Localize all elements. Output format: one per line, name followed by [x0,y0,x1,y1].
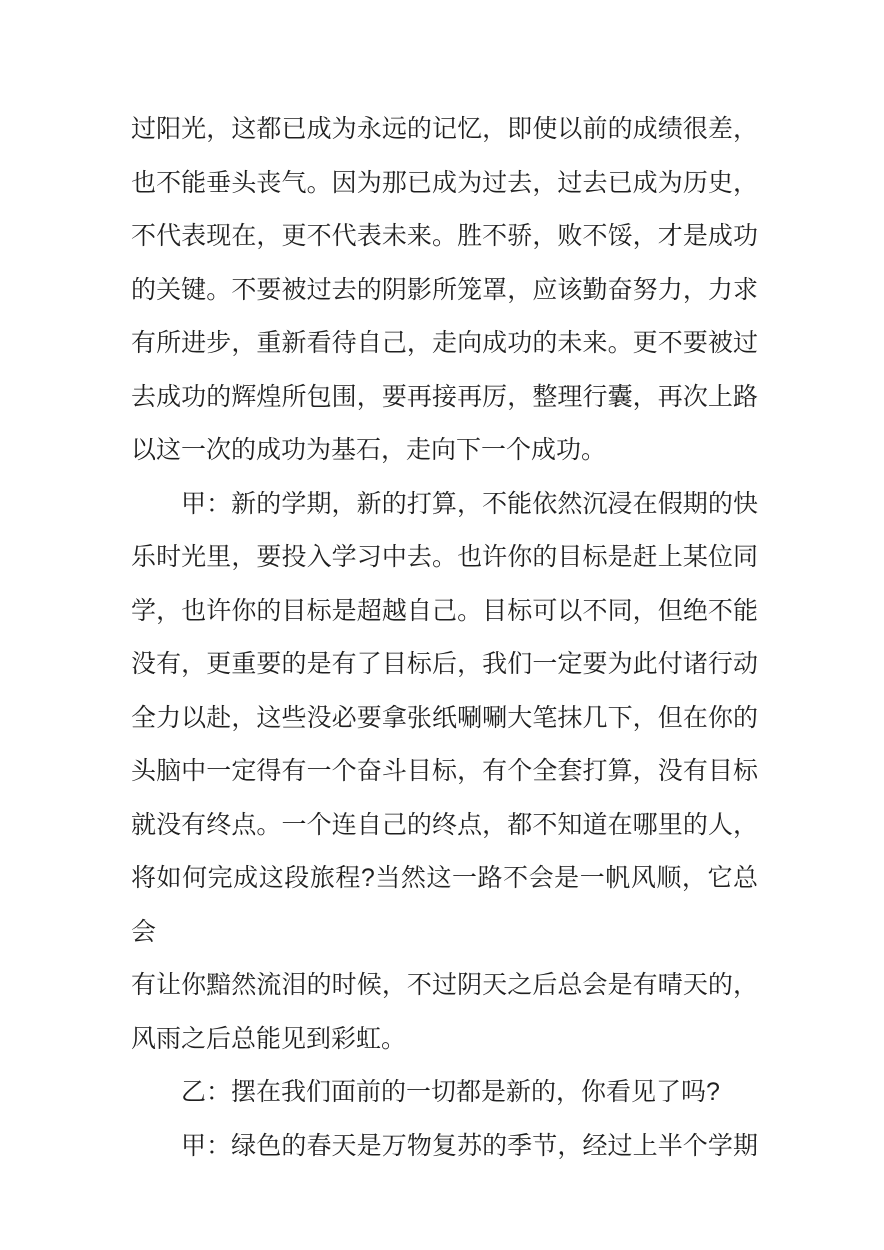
paragraph: 甲：绿色的春天是万物复苏的季节，经过上半个学期 [131,1120,758,1174]
paragraph: 过阳光，这都已成为永远的记忆，即使以前的成绩很差，也不能垂头丧气。因为那已成为过… [131,103,758,478]
text-line: 就没有终点。一个连自己的终点，都不知道在哪里的人， [131,799,758,853]
text-line: 风雨之后总能见到彩虹。 [131,1013,758,1067]
text-line: 有所进步，重新看待自己，走向成功的未来。更不要被过 [131,317,758,371]
text-line: 甲：绿色的春天是万物复苏的季节，经过上半个学期 [131,1120,758,1174]
document-text-body: 过阳光，这都已成为永远的记忆，即使以前的成绩很差，也不能垂头丧气。因为那已成为过… [0,0,884,1173]
text-line: 不代表现在，更不代表未来。胜不骄，败不馁，才是成功 [131,210,758,264]
text-line: 全力以赴，这些没必要拿张纸唰唰大笔抹几下，但在你的 [131,692,758,746]
text-line: 学，也许你的目标是超越自己。目标可以不同，但绝不能 [131,585,758,639]
paragraph: 乙：摆在我们面前的一切都是新的，你看见了吗? [131,1066,758,1120]
text-line: 的关键。不要被过去的阴影所笼罩，应该勤奋努力，力求 [131,264,758,318]
text-line: 将如何完成这段旅程?当然这一路不会是一帆风顺，它总会 [131,852,758,959]
text-line: 有让你黯然流泪的时候，不过阴天之后总会是有晴天的， [131,959,758,1013]
text-line: 没有，更重要的是有了目标后，我们一定要为此付诸行动 [131,638,758,692]
text-line: 过阳光，这都已成为永远的记忆，即使以前的成绩很差， [131,103,758,157]
paragraph: 甲：新的学期，新的打算，不能依然沉浸在假期的快乐时光里，要投入学习中去。也许你的… [131,478,758,1067]
text-line: 甲：新的学期，新的打算，不能依然沉浸在假期的快 [131,478,758,532]
text-line: 以这一次的成功为基石，走向下一个成功。 [131,424,758,478]
text-line: 去成功的辉煌所包围，要再接再厉，整理行囊，再次上路 [131,371,758,425]
text-line: 头脑中一定得有一个奋斗目标，有个全套打算，没有目标 [131,745,758,799]
text-line: 也不能垂头丧气。因为那已成为过去，过去已成为历史， [131,157,758,211]
text-line: 乙：摆在我们面前的一切都是新的，你看见了吗? [131,1066,758,1120]
document-page: 过阳光，这都已成为永远的记忆，即使以前的成绩很差，也不能垂头丧气。因为那已成为过… [0,0,884,1250]
text-line: 乐时光里，要投入学习中去。也许你的目标是赶上某位同 [131,531,758,585]
